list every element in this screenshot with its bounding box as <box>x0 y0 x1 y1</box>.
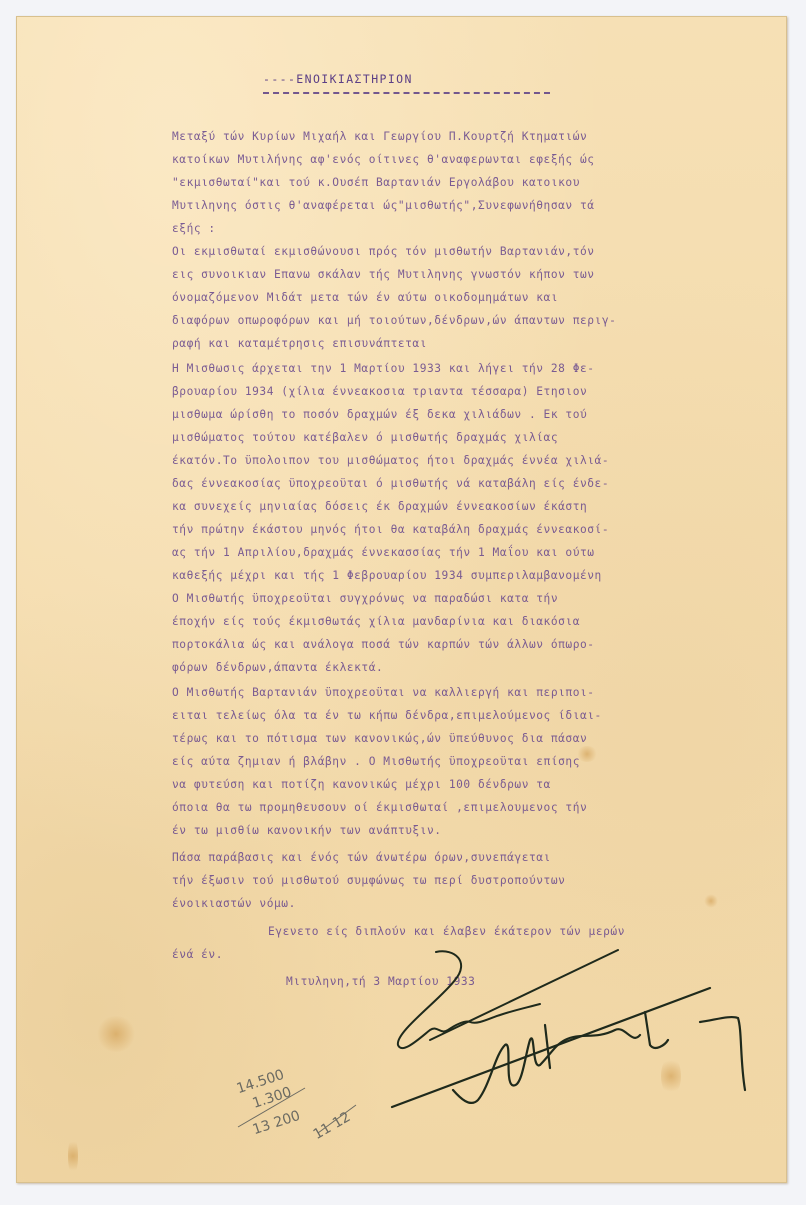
body-line: κα συνεχείς μηνιαίας δόσεις έκ δραχμών έ… <box>172 496 587 518</box>
scan-background: ----ΕΝΟΙΚΙΑΣΤΗΡΙΟΝ Μεταξύ τών Κυρίων Μιχ… <box>0 0 806 1205</box>
stain <box>96 1016 136 1052</box>
body-line: έν τω μισθίω κανονικήν των ανάπτυξιν. <box>172 820 442 842</box>
body-line: Πάσα παράβασις και ένός τών άνωτέρω όρων… <box>172 847 551 869</box>
body-line: να φυτεύση και ποτίζη κανονικώς μέχρι 10… <box>172 774 551 796</box>
body-line: Μυτιληνης όστις θ'αναφέρεται ώς"μισθωτής… <box>172 195 595 217</box>
body-line: καθεξής μέχρι και τής 1 Φεβρουαρίου 1934… <box>172 565 602 587</box>
body-line: όποια θα τω προμηθευσουν οί έκμισθωταί ,… <box>172 797 587 819</box>
body-line: τήν πρώτην έκάστου μηνός ήτοι θα καταβάλ… <box>172 519 609 541</box>
body-line: μισθώματος τούτου κατέβαλεν ό μισθωτής δ… <box>172 427 558 449</box>
closing-line: ένά έν. <box>172 944 223 966</box>
body-line: διαφόρων οπωροφόρων και μή τοιούτων,δένδ… <box>172 310 616 332</box>
body-line: Η Μισθωσις άρχεται την 1 Μαρτίου 1933 κα… <box>172 358 595 380</box>
body-line: ας τήν 1 Απριλίου,δραχμάς έννεκασσίας τή… <box>172 542 595 564</box>
document-title: ----ΕΝΟΙΚΙΑΣΤΗΡΙΟΝ <box>263 72 413 86</box>
body-line: εξής : <box>172 218 216 240</box>
body-line: Οι εκμισθωταί εκμισθώνουσι πρός τόν μισθ… <box>172 241 595 263</box>
body-line: "εκμισθωταί"και τού κ.Ουσέπ Βαρτανιάν Ερ… <box>172 172 580 194</box>
closing-line: Εγενετο είς διπλούν και έλαβεν έκάτερον … <box>268 921 625 943</box>
body-line: πορτοκάλια ώς και ανάλογα ποσά τών καρπώ… <box>172 634 595 656</box>
stain <box>704 894 718 908</box>
body-line: Ο Μισθωτής ϋποχρεοϋται συγχρόνως να παρα… <box>172 588 558 610</box>
body-line: ειται τελείως όλα τα έν τω κήπω δένδρα,ε… <box>172 705 602 727</box>
body-line: έποχήν είς τούς έκμισθωτάς χίλια μανδαρί… <box>172 611 580 633</box>
body-line: βρουαρίου 1934 (χίλια έννεακοσια τριαντα… <box>172 381 587 403</box>
body-line: ραφή και καταμέτρησις επισυνάπτεται <box>172 333 427 355</box>
stain <box>661 1056 681 1096</box>
body-line: τήν έξωσιν τού μισθωτού συμφώνως τω περί… <box>172 870 565 892</box>
body-line: κατοίκων Μυτιλήνης αφ'ενός οίτινες θ'ανα… <box>172 149 595 171</box>
body-line: μισθωμα ώρίσθη το ποσόν δραχμών έξ δεκα … <box>172 404 587 426</box>
body-line: έκατόν.Το ϋπολοιπον του μισθώματος ήτοι … <box>172 450 609 472</box>
body-line: Ο Μισθωτής Βαρτανιάν ϋποχρεοϋται να καλλ… <box>172 682 595 704</box>
place-date: Μιτυληνη,τή 3 Μαρτίου 1933 <box>286 971 475 993</box>
stain <box>68 1136 78 1176</box>
body-line: φόρων δένδρων,άπαντα έκλεκτά. <box>172 657 383 679</box>
body-line: εις συνοικιαν Επανω σκάλαν τής Μυτιληνης… <box>172 264 595 286</box>
body-line: ένοικιαστών νόμω. <box>172 893 296 915</box>
body-line: είς αύτα ζημιαν ή βλάβην . Ο Μισθωτής ϋπ… <box>172 751 580 773</box>
title-underline <box>263 92 550 94</box>
body-line: Μεταξύ τών Κυρίων Μιχαήλ και Γεωργίου Π.… <box>172 126 587 148</box>
body-line: όνομαζόμενον Μιδάτ μετα τών έν αύτω οικο… <box>172 287 558 309</box>
body-line: δας έννεακοσίας ϋποχρεοϋται ό μισθωτής ν… <box>172 473 609 495</box>
body-line: τέρως και το πότισμα των κανονικώς,ών ϋπ… <box>172 728 587 750</box>
